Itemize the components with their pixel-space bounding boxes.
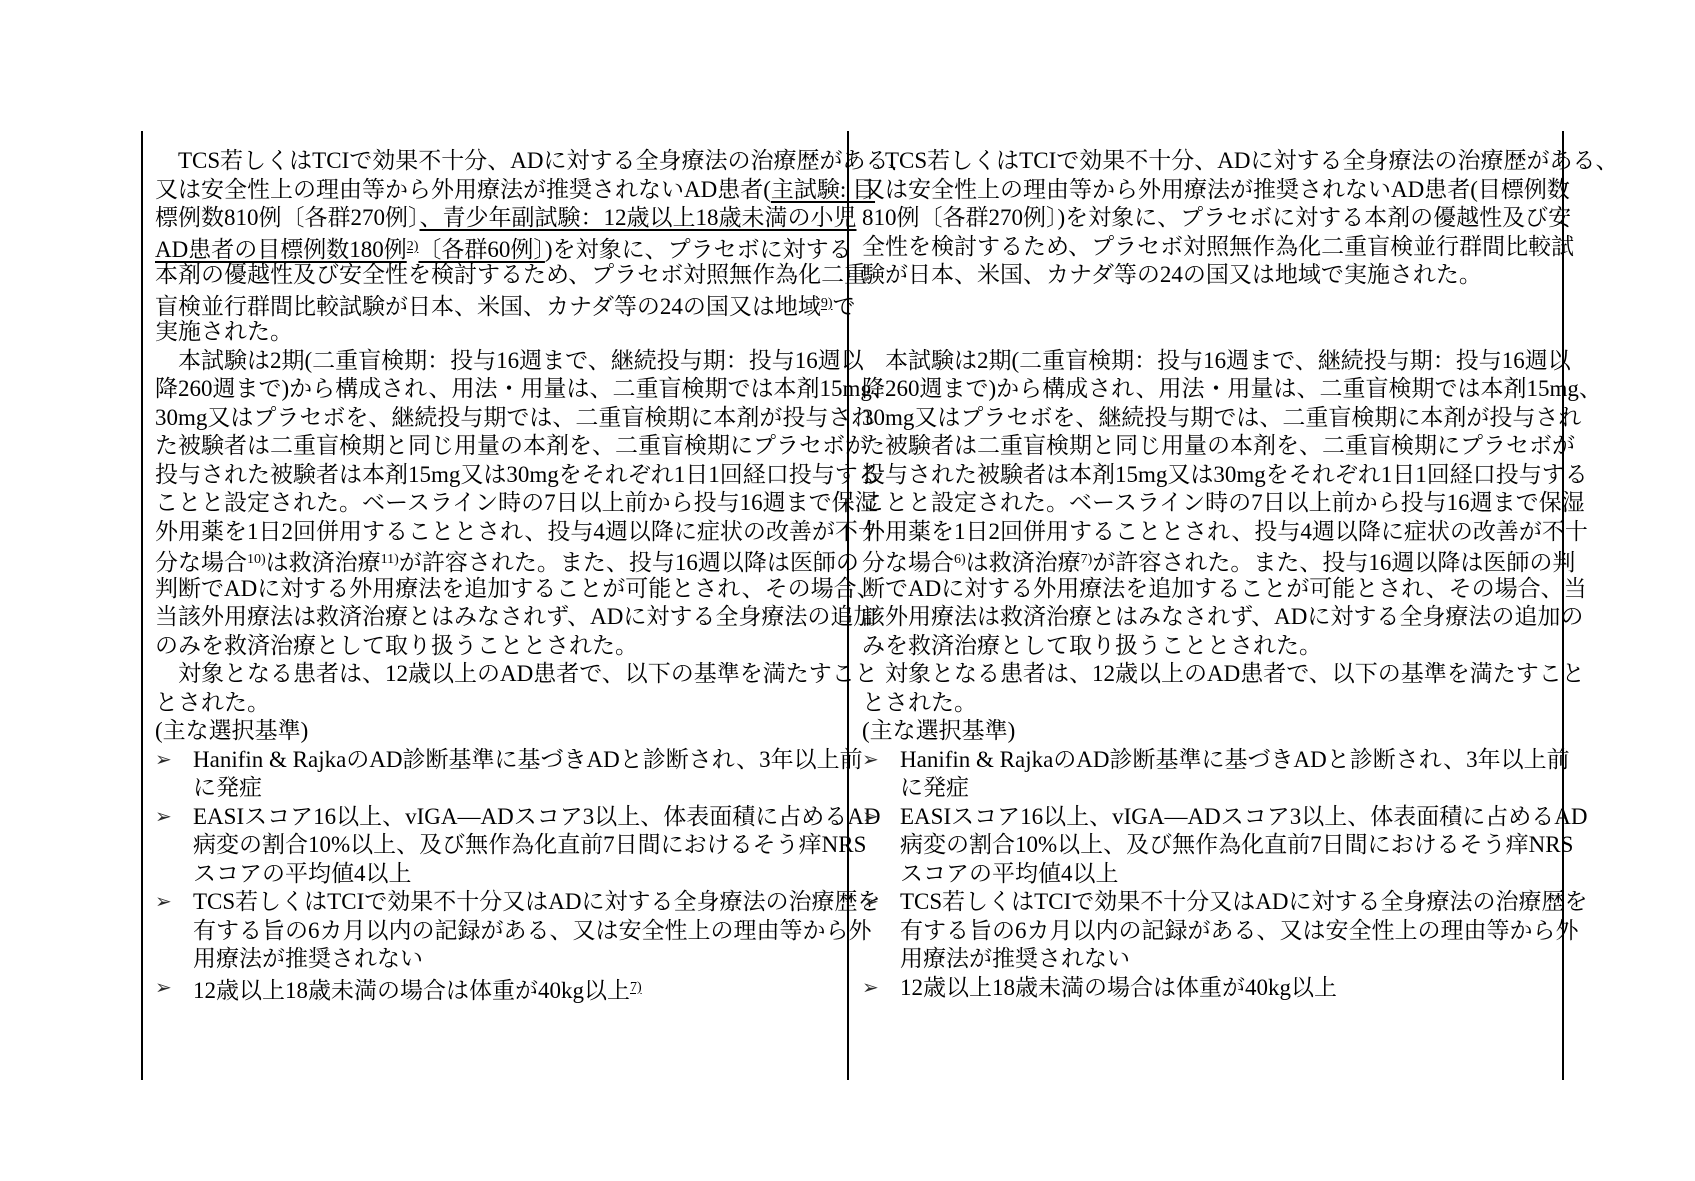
text-run: 用療法が推奨されない (900, 946, 1130, 971)
text-line: 本試験は2期(二重盲検期：投与16週まで、継続投与期：投与16週以 (155, 347, 803, 376)
text-run: 断でADに対する外用療法を追加することが可能とされ、その場合、当 (862, 576, 1587, 601)
text-run: TCS若しくはTCIで効果不十分、ADに対する全身療法の治療歴がある、 (155, 148, 911, 173)
text-line: 30mg又はプラセボを、継続投与期では、二重盲検期に本剤が投与され (862, 404, 1510, 433)
bullet-item: ➢12歳以上18歳未満の場合は体重が40kg以上7) (155, 974, 803, 1003)
text-line: 分な場合6)は救済治療7)が許容された。また、投与16週以降は医師の判 (862, 546, 1510, 575)
bullet-item: ➢EASIスコア16以上、vIGA―ADスコア3以上、体表面積に占めるAD病変の… (155, 803, 803, 889)
text-run: (主な選択基準) (862, 718, 1015, 743)
paragraph: 対象となる患者は、12歳以上のAD患者で、以下の基準を満たすこととされた。 (862, 660, 1510, 717)
text-line: 12歳以上18歳未満の場合は体重が40kg以上7) (193, 974, 803, 1003)
text-run: 全性を検討するため、プラセボ対照無作為化二重盲検並行群間比較試 (862, 234, 1574, 259)
text-run: 外用薬を1日2回併用することとされ、投与4週以降に症状の改善が不十 (155, 519, 881, 544)
text-line: 対象となる患者は、12歳以上のAD患者で、以下の基準を満たすこと (155, 660, 803, 689)
left-column: TCS若しくはTCIで効果不十分、ADに対する全身療法の治療歴がある、又は安全性… (155, 147, 803, 1002)
paragraph: 対象となる患者は、12歳以上のAD患者で、以下の基準を満たすこととされた。 (155, 660, 803, 717)
text-line: 投与された被験者は本剤15mg又は30mgをそれぞれ1日1回経口投与する (155, 461, 803, 490)
text-run: 12歳以上18歳未満の場合は体重が40kg以上 (900, 975, 1337, 1000)
text-run: 対象となる患者は、12歳以上のAD患者で、以下の基準を満たすこと (155, 661, 878, 686)
text-run: 、青少年副試験：12歳以上18歳未満の小児 (420, 205, 857, 230)
text-run: TCS若しくはTCIで効果不十分又はADに対する全身療法の治療歴を (900, 889, 1587, 914)
text-run: 外用薬を1日2回併用することとされ、投与4週以降に症状の改善が不十 (862, 519, 1588, 544)
text-line: 又は安全性上の理由等から外用療法が推奨されないAD患者(主試験: 目 (155, 176, 803, 205)
text-line: AD患者の目標例数180例2)〔各群60例〕)を対象に、プラセボに対する (155, 233, 803, 262)
text-run: 験が日本、米国、カナダ等の24の国又は地域で実施された。 (862, 262, 1482, 287)
text-run: 病変の割合10%以上、及び無作為化直前7日間におけるそう痒NRS (193, 832, 866, 857)
superscript-ref: 7) (1081, 552, 1093, 567)
text-run: 有する旨の6カ月以内の記録がある、又は安全性上の理由等から外 (193, 918, 872, 943)
text-run: 本試験は2期(二重盲検期：投与16週まで、継続投与期：投与16週以 (862, 348, 1571, 373)
text-line: 当該外用療法は救済治療とはみなされず、ADに対する全身療法の追加 (155, 603, 803, 632)
text-line: 外用薬を1日2回併用することとされ、投与4週以降に症状の改善が不十 (862, 518, 1510, 547)
text-run: 降260週まで)から構成され、用法・用量は、二重盲検期では本剤15mg、 (155, 376, 895, 401)
text-run: EASIスコア16以上、vIGA―ADスコア3以上、体表面積に占めるAD (900, 804, 1587, 829)
text-line: た被験者は二重盲検期と同じ用量の本剤を、二重盲検期にプラセボが (155, 432, 803, 461)
text-run: が許容された。また、投与16週以降は医師の (399, 550, 859, 575)
text-run: 分な場合 (862, 550, 954, 575)
text-run: Hanifin & RajkaのAD診断基準に基づきADと診断され、3年以上前 (193, 747, 863, 772)
text-line: 験が日本、米国、カナダ等の24の国又は地域で実施された。 (862, 261, 1510, 290)
text-line: に発症 (193, 774, 863, 803)
bullet-arrow-icon: ➢ (155, 974, 193, 1003)
text-run: )を対象に、プラセボに対する (545, 237, 852, 262)
text-run: 降260週まで)から構成され、用法・用量は、二重盲検期では本剤15mg、 (862, 376, 1602, 401)
bullet-item: ➢EASIスコア16以上、vIGA―ADスコア3以上、体表面積に占めるAD病変の… (862, 803, 1510, 889)
text-run: ことと設定された。ベースライン時の7日以上前から投与16週まで保湿 (862, 490, 1585, 515)
text-line: EASIスコア16以上、vIGA―ADスコア3以上、体表面積に占めるAD (900, 803, 1587, 832)
bullet-text: EASIスコア16以上、vIGA―ADスコア3以上、体表面積に占めるAD病変の割… (900, 803, 1587, 889)
superscript-ref: 7) (630, 980, 642, 995)
text-run: 病変の割合10%以上、及び無作為化直前7日間におけるそう痒NRS (900, 832, 1573, 857)
text-line: みを救済治療として取り扱うこととされた。 (862, 632, 1510, 661)
text-run: 本剤の優越性及び安全性を検討するため、プラセボ対照無作為化二重 (155, 262, 867, 287)
text-run: に発症 (900, 775, 969, 800)
bullet-arrow-icon: ➢ (155, 888, 193, 974)
text-run: スコアの平均値4以上 (900, 861, 1119, 886)
bullet-text: Hanifin & RajkaのAD診断基準に基づきADと診断され、3年以上前に… (193, 746, 863, 803)
text-run: 12歳以上18歳未満の場合は体重が40kg以上 (193, 978, 630, 1003)
text-line: 盲検並行群間比較試験が日本、米国、カナダ等の24の国又は地域9)で (155, 290, 803, 319)
text-line: EASIスコア16以上、vIGA―ADスコア3以上、体表面積に占めるAD (193, 803, 880, 832)
table-border-left (141, 131, 143, 1080)
text-run: ことと設定された。ベースライン時の7日以上前から投与16週まで保湿 (155, 490, 878, 515)
text-run: AD患者の目標例数180例 (155, 237, 407, 262)
text-line: ことと設定された。ベースライン時の7日以上前から投与16週まで保湿 (862, 489, 1510, 518)
superscript-ref: 6) (954, 552, 966, 567)
text-line: 用療法が推奨されない (193, 945, 880, 974)
text-line: TCS若しくはTCIで効果不十分、ADに対する全身療法の治療歴がある、 (155, 147, 803, 176)
text-line: 30mg又はプラセボを、継続投与期では、二重盲検期に本剤が投与され (155, 404, 803, 433)
paragraph: TCS若しくはTCIで効果不十分、ADに対する全身療法の治療歴がある、又は安全性… (155, 147, 803, 347)
text-run: とされた。 (155, 690, 270, 715)
text-line: 本試験は2期(二重盲検期：投与16週まで、継続投与期：投与16週以 (862, 347, 1510, 376)
text-run: スコアの平均値4以上 (193, 861, 412, 886)
bullet-arrow-icon: ➢ (155, 746, 193, 803)
bullet-item: ➢TCS若しくはTCIで効果不十分又はADに対する全身療法の治療歴を有する旨の6… (155, 888, 803, 974)
text-run: 有する旨の6カ月以内の記録がある、又は安全性上の理由等から外 (900, 918, 1579, 943)
text-run: 対象となる患者は、12歳以上のAD患者で、以下の基準を満たすこと (862, 661, 1585, 686)
bullet-text: Hanifin & RajkaのAD診断基準に基づきADと診断され、3年以上前に… (900, 746, 1570, 803)
superscript-ref: 11) (381, 552, 399, 567)
text-run: 30mg又はプラセボを、継続投与期では、二重盲検期に本剤が投与され (155, 405, 874, 430)
text-run: 標例数810例〔各群270例〕 (155, 205, 420, 230)
text-line: 標例数810例〔各群270例〕、青少年副試験：12歳以上18歳未満の小児 (155, 204, 803, 233)
text-run: 又は安全性上の理由等から外用療法が推奨されないAD患者( (155, 177, 771, 202)
text-line: Hanifin & RajkaのAD診断基準に基づきADと診断され、3年以上前 (900, 746, 1570, 775)
text-line: 降260週まで)から構成され、用法・用量は、二重盲検期では本剤15mg、 (155, 375, 803, 404)
text-line: 投与された被験者は本剤15mg又は30mgをそれぞれ1日1回経口投与する (862, 461, 1510, 490)
paragraph: (主な選択基準) (155, 717, 803, 746)
text-line: 本剤の優越性及び安全性を検討するため、プラセボ対照無作為化二重 (155, 261, 803, 290)
text-run: とされた。 (862, 690, 977, 715)
text-line: た被験者は二重盲検期と同じ用量の本剤を、二重盲検期にプラセボが (862, 432, 1510, 461)
text-run: 本試験は2期(二重盲検期：投与16週まで、継続投与期：投与16週以 (155, 348, 864, 373)
bullet-text: TCS若しくはTCIで効果不十分又はADに対する全身療法の治療歴を有する旨の6カ… (900, 888, 1587, 974)
paragraph: 本試験は2期(二重盲検期：投与16週まで、継続投与期：投与16週以降260週まで… (155, 347, 803, 661)
paragraph-spacer (862, 290, 1510, 347)
text-line: ことと設定された。ベースライン時の7日以上前から投与16週まで保湿 (155, 489, 803, 518)
bullet-item: ➢Hanifin & RajkaのAD診断基準に基づきADと診断され、3年以上前… (155, 746, 803, 803)
text-line: 有する旨の6カ月以内の記録がある、又は安全性上の理由等から外 (900, 917, 1587, 946)
text-run: 用療法が推奨されない (193, 946, 423, 971)
text-run: 盲検並行群間比較試験が日本、米国、カナダ等の24の国又は地域 (155, 294, 821, 319)
text-line: Hanifin & RajkaのAD診断基準に基づきADと診断され、3年以上前 (193, 746, 863, 775)
text-run: Hanifin & RajkaのAD診断基準に基づきADと診断され、3年以上前 (900, 747, 1570, 772)
bullet-item: ➢12歳以上18歳未満の場合は体重が40kg以上 (862, 974, 1510, 1003)
bullet-text: TCS若しくはTCIで効果不十分又はADに対する全身療法の治療歴を有する旨の6カ… (193, 888, 880, 974)
text-run: で (833, 294, 856, 319)
text-run: 判断でADに対する外用療法を追加することが可能とされ、その場合、 (155, 576, 880, 601)
text-line: 該外用療法は救済治療とはみなされず、ADに対する全身療法の追加の (862, 603, 1510, 632)
text-line: TCS若しくはTCIで効果不十分又はADに対する全身療法の治療歴を (193, 888, 880, 917)
text-line: に発症 (900, 774, 1570, 803)
text-run: 投与された被験者は本剤15mg又は30mgをそれぞれ1日1回経口投与する (155, 462, 881, 487)
text-line: 降260週まで)から構成され、用法・用量は、二重盲検期では本剤15mg、 (862, 375, 1510, 404)
text-run: が許容された。また、投与16週以降は医師の判 (1092, 550, 1575, 575)
text-run: 実施された。 (155, 319, 293, 344)
text-line: 有する旨の6カ月以内の記録がある、又は安全性上の理由等から外 (193, 917, 880, 946)
text-run: TCS若しくはTCIで効果不十分又はADに対する全身療法の治療歴を (193, 889, 880, 914)
bullet-item: ➢Hanifin & RajkaのAD診断基準に基づきADと診断され、3年以上前… (862, 746, 1510, 803)
paragraph: (主な選択基準) (862, 717, 1510, 746)
text-run: 又は安全性上の理由等から外用療法が推奨されないAD患者(目標例数 (862, 177, 1570, 202)
text-line: TCS若しくはTCIで効果不十分又はADに対する全身療法の治療歴を (900, 888, 1587, 917)
text-run: 主試験: 目 (771, 177, 875, 202)
text-run: た被験者は二重盲検期と同じ用量の本剤を、二重盲検期にプラセボが (862, 433, 1575, 458)
text-line: とされた。 (155, 689, 803, 718)
text-line: 判断でADに対する外用療法を追加することが可能とされ、その場合、 (155, 575, 803, 604)
text-line: TCS若しくはTCIで効果不十分、ADに対する全身療法の治療歴がある、 (862, 147, 1510, 176)
text-run: EASIスコア16以上、vIGA―ADスコア3以上、体表面積に占めるAD (193, 804, 880, 829)
text-line: 用療法が推奨されない (900, 945, 1587, 974)
text-run: は救済治療 (266, 550, 381, 575)
text-run: 30mg又はプラセボを、継続投与期では、二重盲検期に本剤が投与され (862, 405, 1581, 430)
bullet-arrow-icon: ➢ (155, 803, 193, 889)
bullet-arrow-icon: ➢ (862, 888, 900, 974)
text-run: のみを救済治療として取り扱うこととされた。 (155, 633, 638, 658)
text-line: 又は安全性上の理由等から外用療法が推奨されないAD患者(目標例数 (862, 176, 1510, 205)
text-run: 810例〔各群270例〕)を対象に、プラセボに対する本剤の優越性及び安 (862, 205, 1571, 230)
text-line: スコアの平均値4以上 (193, 860, 880, 889)
text-run: た被験者は二重盲検期と同じ用量の本剤を、二重盲検期にプラセボが (155, 433, 868, 458)
text-line: 12歳以上18歳未満の場合は体重が40kg以上 (900, 974, 1510, 1003)
text-run: 当該外用療法は救済治療とはみなされず、ADに対する全身療法の追加 (155, 604, 876, 629)
paragraph: TCS若しくはTCIで効果不十分、ADに対する全身療法の治療歴がある、又は安全性… (862, 147, 1510, 290)
bullet-text: 12歳以上18歳未満の場合は体重が40kg以上 (900, 974, 1510, 1003)
bullet-arrow-icon: ➢ (862, 803, 900, 889)
bullet-item: ➢TCS若しくはTCIで効果不十分又はADに対する全身療法の治療歴を有する旨の6… (862, 888, 1510, 974)
right-column: TCS若しくはTCIで効果不十分、ADに対する全身療法の治療歴がある、又は安全性… (862, 147, 1510, 1002)
paragraph: 本試験は2期(二重盲検期：投与16週まで、継続投与期：投与16週以降260週まで… (862, 347, 1510, 661)
bullet-text: EASIスコア16以上、vIGA―ADスコア3以上、体表面積に占めるAD病変の割… (193, 803, 880, 889)
text-line: (主な選択基準) (155, 717, 803, 746)
text-run: は救済治療 (966, 550, 1081, 575)
superscript-ref: 2) (407, 239, 419, 254)
text-run: 分な場合 (155, 550, 247, 575)
text-line: 外用薬を1日2回併用することとされ、投与4週以降に症状の改善が不十 (155, 518, 803, 547)
text-line: 全性を検討するため、プラセボ対照無作為化二重盲検並行群間比較試 (862, 233, 1510, 262)
bullet-text: 12歳以上18歳未満の場合は体重が40kg以上7) (193, 974, 803, 1003)
text-run: 〔各群60例〕 (418, 237, 545, 262)
text-line: 病変の割合10%以上、及び無作為化直前7日間におけるそう痒NRS (900, 831, 1587, 860)
text-run: TCS若しくはTCIで効果不十分、ADに対する全身療法の治療歴がある、 (862, 148, 1618, 173)
text-line: とされた。 (862, 689, 1510, 718)
text-line: 対象となる患者は、12歳以上のAD患者で、以下の基準を満たすこと (862, 660, 1510, 689)
text-run: 投与された被験者は本剤15mg又は30mgをそれぞれ1日1回経口投与する (862, 462, 1588, 487)
superscript-ref: 10) (247, 552, 266, 567)
text-line: 分な場合10)は救済治療11)が許容された。また、投与16週以降は医師の (155, 546, 803, 575)
text-line: のみを救済治療として取り扱うこととされた。 (155, 632, 803, 661)
text-run: (主な選択基準) (155, 718, 308, 743)
text-line: スコアの平均値4以上 (900, 860, 1587, 889)
text-run: 該外用療法は救済治療とはみなされず、ADに対する全身療法の追加の (862, 604, 1583, 629)
text-line: 810例〔各群270例〕)を対象に、プラセボに対する本剤の優越性及び安 (862, 204, 1510, 233)
text-line: 実施された。 (155, 318, 803, 347)
text-line: (主な選択基準) (862, 717, 1510, 746)
superscript-ref: 9) (821, 296, 833, 311)
text-run: みを救済治療として取り扱うこととされた。 (862, 633, 1322, 658)
text-line: 病変の割合10%以上、及び無作為化直前7日間におけるそう痒NRS (193, 831, 880, 860)
bullet-arrow-icon: ➢ (862, 746, 900, 803)
bullet-arrow-icon: ➢ (862, 974, 900, 1003)
text-line: 断でADに対する外用療法を追加することが可能とされ、その場合、当 (862, 575, 1510, 604)
text-run: に発症 (193, 775, 262, 800)
